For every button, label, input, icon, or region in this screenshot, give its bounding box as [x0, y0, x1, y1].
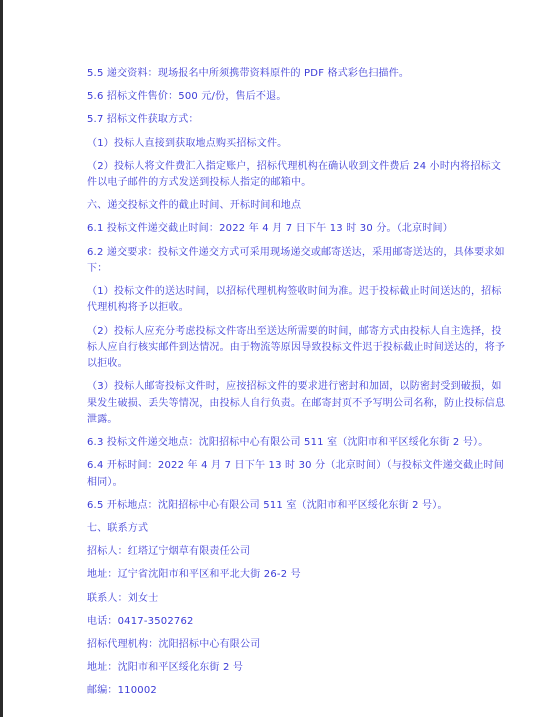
contact-phone: 电话：0417-3502762	[87, 614, 507, 630]
para-obtain-method: 5.7 招标文件获取方式：	[87, 112, 507, 128]
contact-postcode: 邮编：110002	[87, 683, 507, 699]
contact-agency-address: 地址：沈阳市和平区绥化东街 2 号	[87, 660, 507, 676]
para-opening-time: 6.4 开标时间：2022 年 4 月 7 日下午 13 时 30 分（北京时间…	[87, 458, 507, 491]
para-doc-price: 5.6 招标文件售价：500 元/份，售后不退。	[87, 89, 507, 105]
para-requirement-1: （1）投标文件的送达时间，以招标代理机构签收时间为准。迟于投标截止时间送达的，招…	[87, 284, 507, 317]
window-left-edge	[0, 0, 3, 717]
contact-tenderer: 招标人：红塔辽宁烟草有限责任公司	[87, 544, 507, 560]
contact-agency: 招标代理机构：沈阳招标中心有限公司	[87, 637, 507, 653]
para-opening-location: 6.5 开标地点：沈阳招标中心有限公司 511 室（沈阳市和平区绥化东街 2 号…	[87, 498, 507, 514]
para-requirement-2: （2）投标人应充分考虑投标文件寄出至送达所需要的时间，邮寄方式由投标人自主选择，…	[87, 324, 507, 373]
para-submission-materials: 5.5 递交资料：现场报名中所须携带资料原件的 PDF 格式彩色扫描件。	[87, 66, 507, 82]
contact-person: 联系人：刘女士	[87, 591, 507, 607]
para-obtain-1: （1）投标人直接到获取地点购买招标文件。	[87, 136, 507, 152]
para-deadline: 6.1 投标文件递交截止时间：2022 年 4 月 7 日下午 13 时 30 …	[87, 221, 507, 237]
document-body: 5.5 递交资料：现场报名中所须携带资料原件的 PDF 格式彩色扫描件。 5.6…	[87, 66, 507, 707]
para-requirement-3: （3）投标人邮寄投标文件时，应按招标文件的要求进行密封和加固，以防密封受到破损，…	[87, 379, 507, 428]
section-heading-6: 六、递交投标文件的截止时间、开标时间和地点	[87, 198, 507, 214]
para-submission-location: 6.3 投标文件递交地点：沈阳招标中心有限公司 511 室（沈阳市和平区绥化东街…	[87, 435, 507, 451]
contact-tenderer-address: 地址：辽宁省沈阳市和平区和平北大街 26-2 号	[87, 567, 507, 583]
para-submission-requirements: 6.2 递交要求：投标文件递交方式可采用现场递交或邮寄送达，采用邮寄送达的，具体…	[87, 245, 507, 278]
section-heading-7: 七、联系方式	[87, 521, 507, 537]
para-obtain-2: （2）投标人将文件费汇入指定账户，招标代理机构在确认收到文件费后 24 小时内将…	[87, 159, 507, 192]
